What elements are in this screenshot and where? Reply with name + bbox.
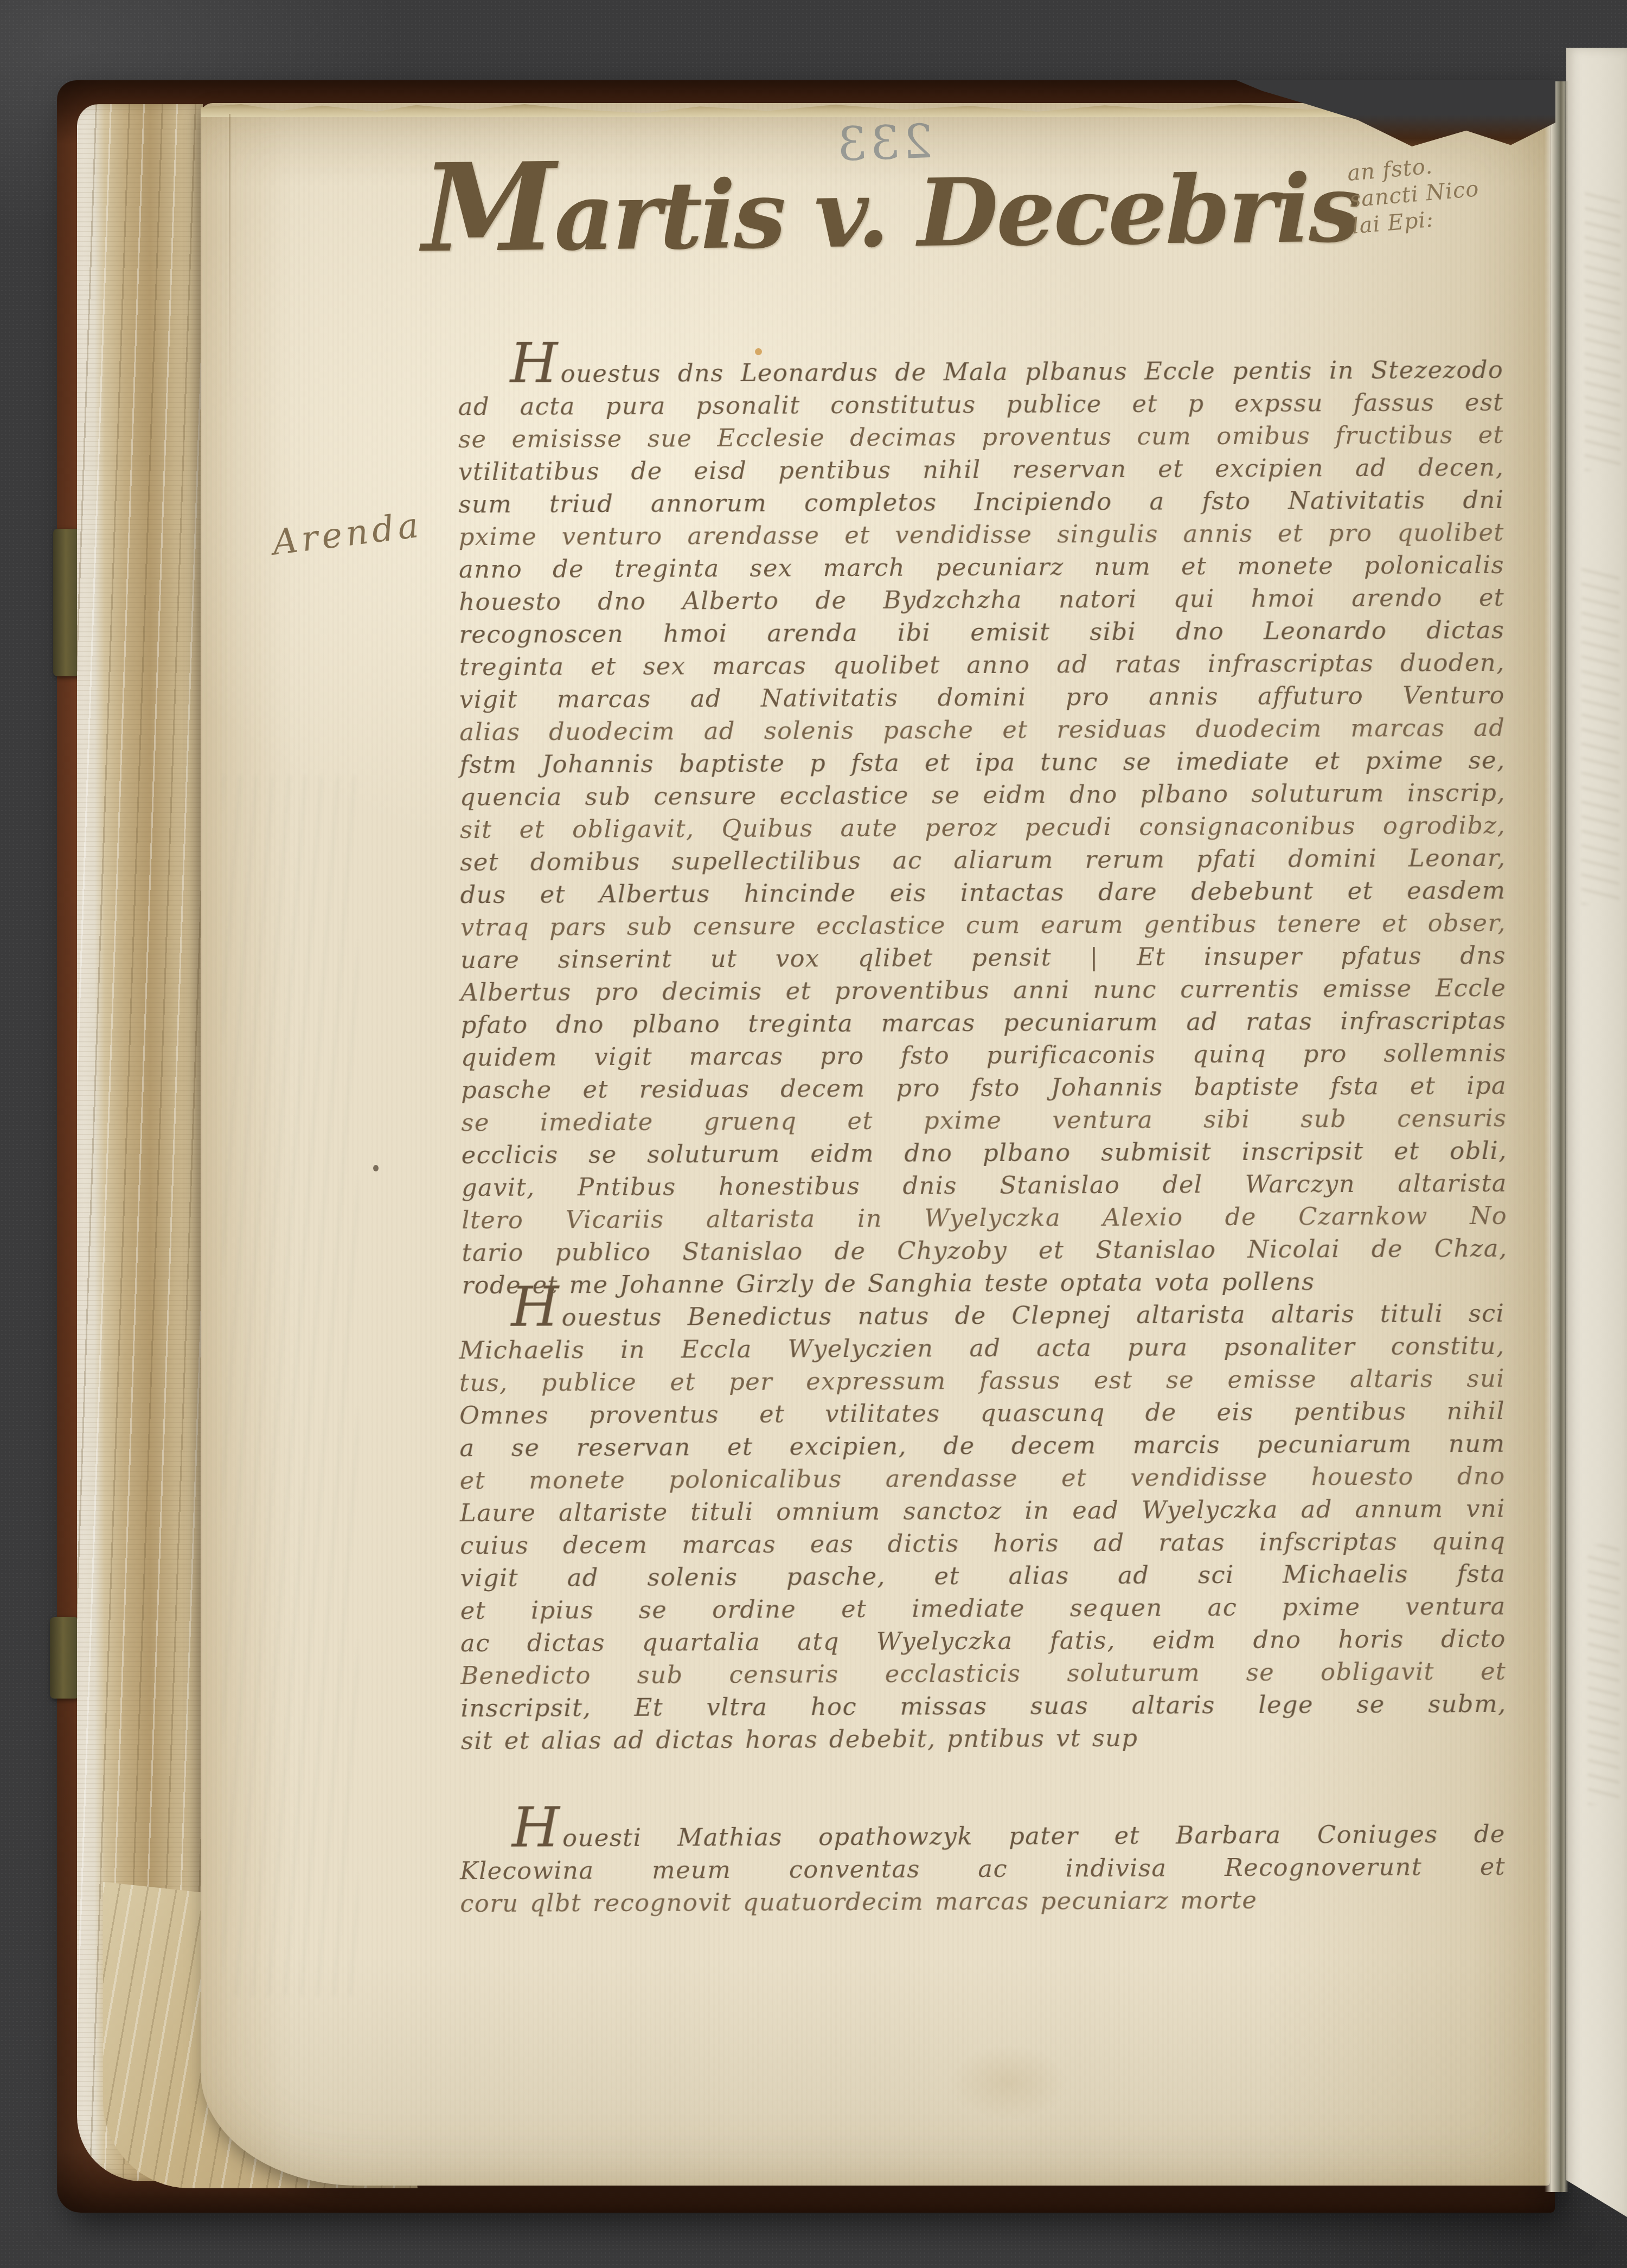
paper-stain (949, 2045, 1068, 2120)
manuscript-line: se imediate gruenq et pxime ventura sibi… (461, 1102, 1507, 1139)
entry-paragraph: Houestus Benedictus natus de Clepnej alt… (459, 1286, 1507, 1757)
manuscript-line: Michaelis in Eccla Wyelyczien ad acta pu… (459, 1330, 1504, 1367)
page-stack-fore-edge (77, 104, 203, 2181)
manuscript-line: coru qlbt recognovit quatuordecim marcas… (460, 1883, 1506, 1920)
manuscript-line: Albertus pro decimis et proventibus anni… (460, 972, 1506, 1009)
manuscript-line: inscripsit, Et vltra hoc missas suas alt… (460, 1688, 1506, 1725)
manuscript-line: ecclicis se soluturum eidm dno plbano su… (462, 1135, 1507, 1171)
clasp-remnant (50, 1617, 79, 1699)
manuscript-line: tario publico Stanislao de Chyzoby et St… (462, 1232, 1507, 1269)
entry-paragraph: Houesti Mathias opathowzyk pater et Barb… (460, 1807, 1506, 1920)
manuscript-line: fstm Johannis baptiste p fsta et ipa tun… (459, 744, 1505, 781)
manuscript-line: quidem vigit marcas pro fsto purificacon… (461, 1037, 1507, 1074)
manuscript-line: et ipius se ordine et imediate sequen ac… (460, 1590, 1506, 1627)
manuscript-line: et monete polonicalibus arendasse et ven… (460, 1460, 1506, 1497)
manuscript-line: a se reservan et excipien, de decem marc… (459, 1427, 1505, 1464)
facing-page-sliver (1566, 48, 1627, 2219)
manuscript-page: 233 Martis v. Decebris an fsto. sancti N… (201, 103, 1550, 2186)
entry-date-heading: Martis v. Decebris (421, 126, 1508, 280)
manuscript-line: ad acta pura psonalit constitutus public… (458, 386, 1504, 423)
manuscript-line: Benedicto sub censuris ecclasticis solut… (460, 1655, 1506, 1692)
manuscript-line: pfato dno plbano treginta marcas pecunia… (460, 1004, 1506, 1041)
manuscript-line: vigit marcas ad Nativitatis domini pro a… (459, 679, 1505, 716)
manuscript-line: cuius decem marcas eas dictis horis ad r… (460, 1525, 1506, 1562)
manuscript-line: Houestus Benedictus natus de Clepnej alt… (459, 1286, 1504, 1334)
paper-crease (229, 114, 230, 418)
ink-bleed-through (222, 776, 358, 1996)
manuscript-line: set domibus supellectilibus ac aliarum r… (460, 842, 1506, 879)
ghost-writing (1581, 568, 1619, 905)
manuscript-line: recognoscen hmoi arenda ibi emisit sibi … (459, 614, 1504, 651)
manuscript-line: Houestus dns Leonardus de Mala plbanus E… (458, 343, 1503, 390)
manuscript-line: sit et obligavit, Quibus aute peroz pecu… (460, 809, 1506, 846)
manuscript-line: pasche et residuas decem pro fsto Johann… (461, 1069, 1507, 1106)
manuscript-line: uare sinserint ut vox qlibet pensit | Et… (460, 939, 1506, 976)
margin-note-arenda: Arenda (271, 505, 425, 563)
manuscript-line: tus, publice et per expressum fassus est… (459, 1362, 1505, 1399)
manuscript-line: ac dictas quartalia atq Wyelyczka fatis,… (460, 1623, 1506, 1660)
manuscript-line: houesto dno Alberto de Bydzchzha natori … (459, 581, 1504, 618)
entry-paragraph: Houestus dns Leonardus de Mala plbanus E… (458, 343, 1508, 1302)
manuscript-line: vtraq pars sub censure ecclastice cum ea… (460, 907, 1506, 944)
manuscript-line: sit et alias ad dictas horas debebit, pn… (461, 1720, 1507, 1757)
manuscript-line: Houesti Mathias opathowzyk pater et Barb… (460, 1807, 1506, 1855)
manuscript-line: se emisisse sue Ecclesie decimas provent… (458, 419, 1504, 456)
manuscript-line: ltero Vicariis altarista in Wyelyczka Al… (462, 1200, 1507, 1236)
ghost-writing (1585, 189, 1620, 471)
manuscript-line: alias duodecim ad solenis pasche et resi… (459, 712, 1505, 748)
manuscript-line: Laure altariste tituli omnium sanctoz in… (460, 1492, 1506, 1529)
pigment-speck (755, 348, 762, 355)
manuscript-line: anno de treginta sex march pecuniarz num… (459, 549, 1504, 586)
photo-backdrop: 233 Martis v. Decebris an fsto. sancti N… (0, 0, 1627, 2268)
manuscript-line: vigit ad solenis pasche, et alias ad sci… (460, 1558, 1506, 1594)
gutter-shadow (1545, 81, 1568, 2192)
manuscript-line: Omnes proventus et vtilitates quascunq d… (459, 1395, 1505, 1432)
manuscript-line: dus et Albertus hincinde eis intactas da… (460, 874, 1506, 911)
manuscript-line: vtilitatibus de eisd pentibus nihil rese… (458, 451, 1504, 488)
manuscript-line: Klecowina meum conventas ac indivisa Rec… (460, 1850, 1506, 1887)
manuscript-line: treginta et sex marcas quolibet anno ad … (459, 646, 1505, 683)
manuscript-line: pxime venturo arendasse et vendidisse si… (459, 516, 1504, 553)
manuscript-line: quencia sub censure ecclastice se eidm d… (460, 777, 1506, 813)
ghost-writing (1588, 1545, 1619, 1805)
ink-speck (373, 1165, 379, 1171)
manuscript-line: sum triud annorum completos Incipiendo a… (458, 484, 1504, 521)
manuscript-line: gavit, Pntibus honestibus dnis Stanislao… (462, 1167, 1507, 1204)
feast-day-side-note: an fsto. sancti Nico lai Epi: (1346, 145, 1526, 240)
